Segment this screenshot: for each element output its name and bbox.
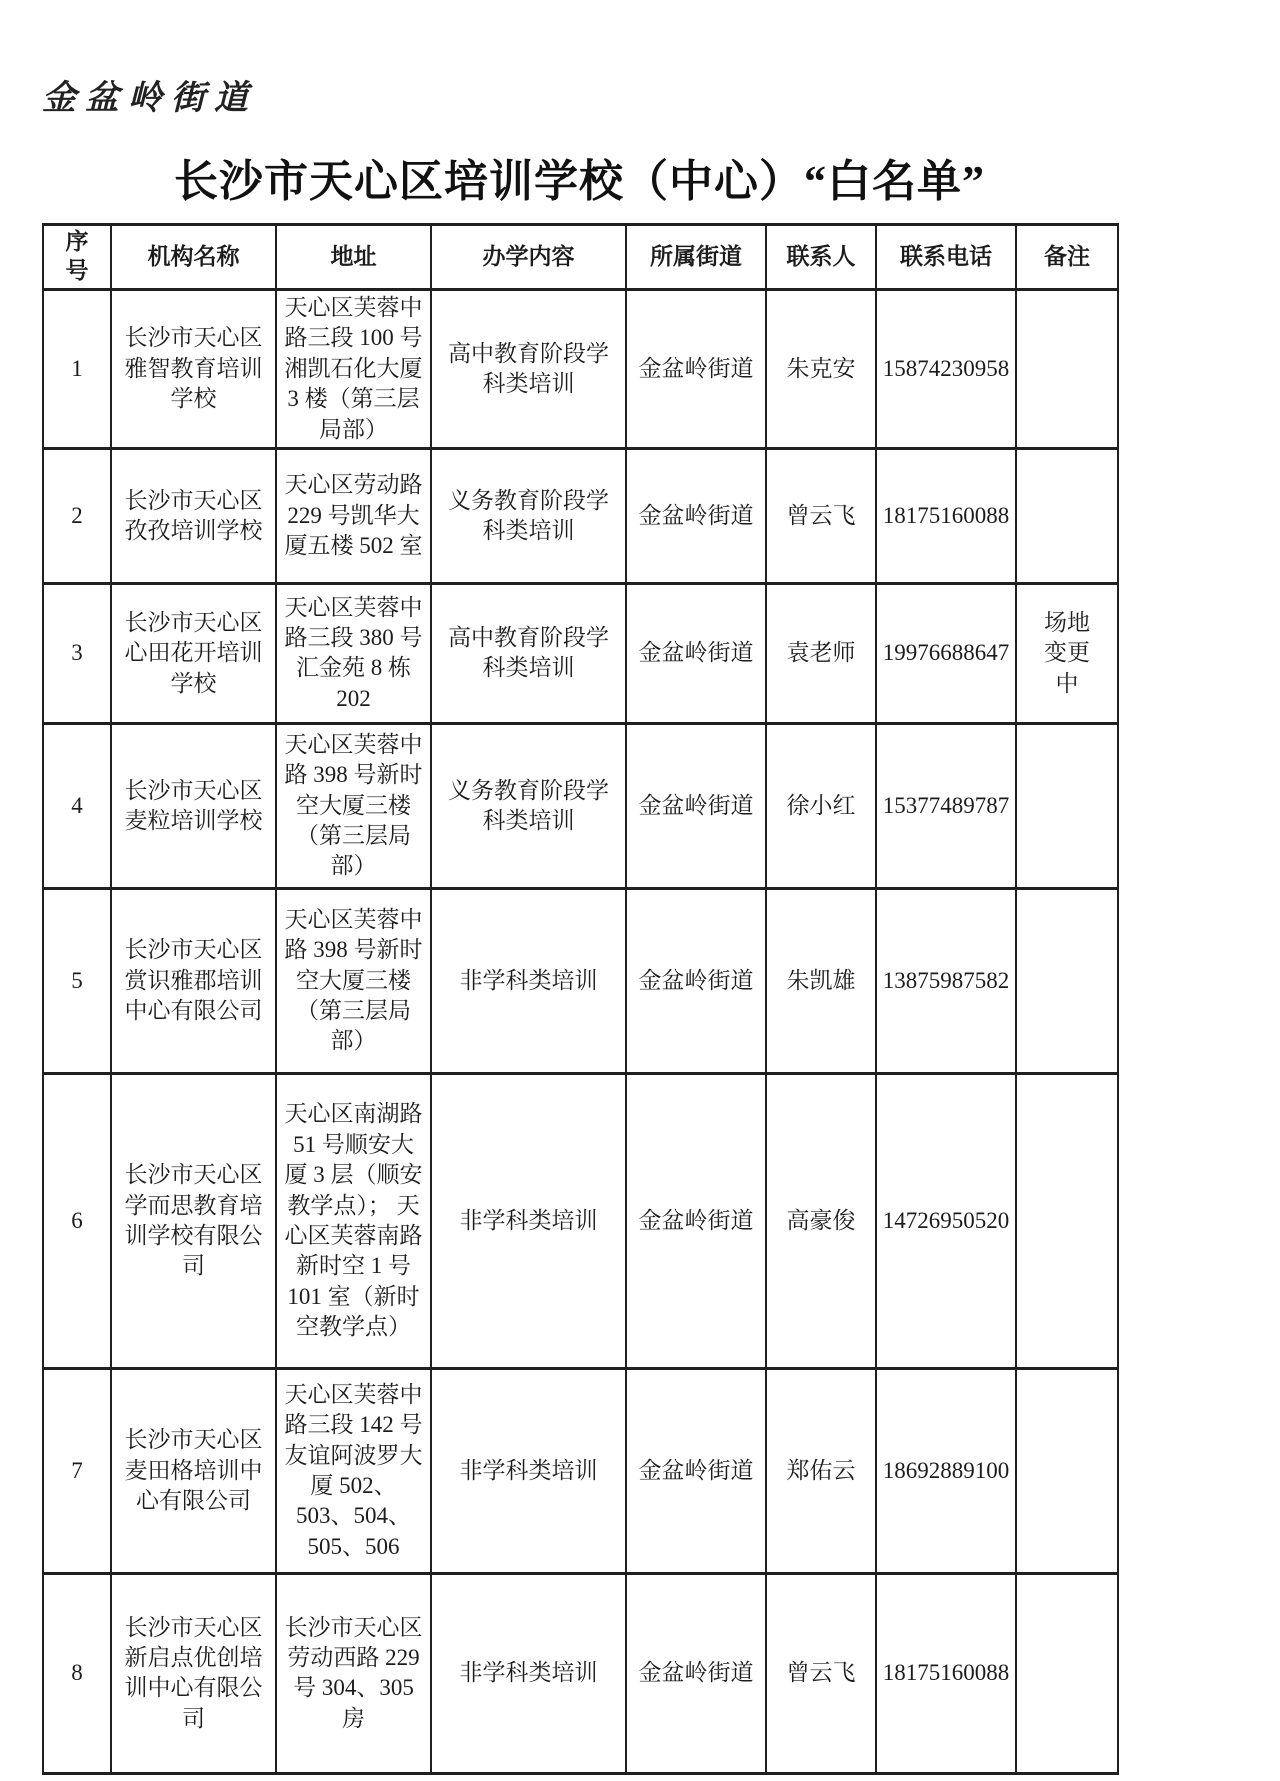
cell-remark (1016, 448, 1118, 583)
table-row: 3 长沙市天心区心田花开培训学校 天心区芙蓉中路三段 380 号汇金苑 8 栋 … (43, 583, 1118, 723)
cell-phone: 18175160088 (876, 448, 1016, 583)
cell-no: 3 (43, 583, 111, 723)
cell-name: 长沙市天心区赏识雅郡培训中心有限公司 (111, 888, 276, 1073)
cell-name: 长沙市天心区雅智教育培训学校 (111, 290, 276, 449)
handwritten-annotation: 金盆岭街道 (42, 0, 1280, 119)
cell-remark (1016, 1368, 1118, 1573)
table-row: 4 长沙市天心区麦粒培训学校 天心区芙蓉中路 398 号新时空大厦三楼（第三层局… (43, 723, 1118, 888)
cell-remark (1016, 723, 1118, 888)
cell-content: 非学科类培训 (431, 1073, 626, 1368)
cell-content: 义务教育阶段学科类培训 (431, 448, 626, 583)
cell-content: 高中教育阶段学科类培训 (431, 583, 626, 723)
cell-content: 非学科类培训 (431, 888, 626, 1073)
cell-name: 长沙市天心区麦粒培训学校 (111, 723, 276, 888)
cell-no: 2 (43, 448, 111, 583)
header-phone: 联系电话 (876, 225, 1016, 290)
cell-no: 1 (43, 290, 111, 449)
table-row: 7 长沙市天心区麦田格培训中心有限公司 天心区芙蓉中路三段 142 号友谊阿波罗… (43, 1368, 1118, 1573)
cell-contact: 徐小红 (766, 723, 876, 888)
cell-phone: 19976688647 (876, 583, 1016, 723)
table-row: 2 长沙市天心区孜孜培训学校 天心区劳动路 229 号凯华大厦五楼 502 室 … (43, 448, 1118, 583)
cell-phone: 18175160088 (876, 1573, 1016, 1773)
cell-contact: 郑佑云 (766, 1368, 876, 1573)
cell-phone: 14726950520 (876, 1073, 1016, 1368)
cell-address: 天心区芙蓉中路三段 100 号湘凯石化大厦 3 楼（第三层局部） (276, 290, 431, 449)
cell-address: 天心区芙蓉中路三段 142 号友谊阿波罗大厦 502、503、504、505、5… (276, 1368, 431, 1573)
cell-phone: 15874230958 (876, 290, 1016, 449)
cell-address: 天心区芙蓉中路 398 号新时空大厦三楼（第三层局部） (276, 723, 431, 888)
cell-contact: 曾云飞 (766, 448, 876, 583)
cell-address: 天心区劳动路 229 号凯华大厦五楼 502 室 (276, 448, 431, 583)
cell-name: 长沙市天心区麦田格培训中心有限公司 (111, 1368, 276, 1573)
document-page: 金盆岭街道 长沙市天心区培训学校（中心）“白名单” 序号 机构名称 地址 办学内… (0, 0, 1280, 1781)
cell-address: 天心区芙蓉中路 398 号新时空大厦三楼（第三层局部） (276, 888, 431, 1073)
header-address: 地址 (276, 225, 431, 290)
cell-street: 金盆岭街道 (626, 290, 766, 449)
cell-remark (1016, 290, 1118, 449)
table-row: 1 长沙市天心区雅智教育培训学校 天心区芙蓉中路三段 100 号湘凯石化大厦 3… (43, 290, 1118, 449)
cell-contact: 朱克安 (766, 290, 876, 449)
cell-content: 高中教育阶段学科类培训 (431, 290, 626, 449)
table-row: 8 长沙市天心区新启点优创培训中心有限公司 长沙市天心区劳动西路 229 号 3… (43, 1573, 1118, 1773)
cell-contact: 曾云飞 (766, 1573, 876, 1773)
cell-remark (1016, 1073, 1118, 1368)
cell-name: 长沙市天心区学而思教育培训学校有限公司 (111, 1073, 276, 1368)
cell-no: 5 (43, 888, 111, 1073)
header-street: 所属街道 (626, 225, 766, 290)
cell-remark-text: 场地变更中 (1041, 608, 1094, 699)
cell-name: 长沙市天心区新启点优创培训中心有限公司 (111, 1573, 276, 1773)
cell-street: 金盆岭街道 (626, 723, 766, 888)
cell-no: 4 (43, 723, 111, 888)
whitelist-table: 序号 机构名称 地址 办学内容 所属街道 联系人 联系电话 备注 1 长沙市天心… (42, 223, 1119, 1775)
cell-name: 长沙市天心区孜孜培训学校 (111, 448, 276, 583)
table-header-row: 序号 机构名称 地址 办学内容 所属街道 联系人 联系电话 备注 (43, 225, 1118, 290)
cell-remark (1016, 888, 1118, 1073)
cell-address: 长沙市天心区劳动西路 229 号 304、305 房 (276, 1573, 431, 1773)
header-name: 机构名称 (111, 225, 276, 290)
cell-street: 金盆岭街道 (626, 1368, 766, 1573)
header-remark: 备注 (1016, 225, 1118, 290)
cell-name: 长沙市天心区心田花开培训学校 (111, 583, 276, 723)
cell-content: 义务教育阶段学科类培训 (431, 723, 626, 888)
cell-phone: 18692889100 (876, 1368, 1016, 1573)
cell-contact: 高豪俊 (766, 1073, 876, 1368)
cell-content: 非学科类培训 (431, 1573, 626, 1773)
header-no-label: 序号 (65, 228, 89, 286)
cell-contact: 朱凯雄 (766, 888, 876, 1073)
cell-no: 7 (43, 1368, 111, 1573)
cell-no: 6 (43, 1073, 111, 1368)
header-content: 办学内容 (431, 225, 626, 290)
cell-remark: 场地变更中 (1016, 583, 1118, 723)
cell-street: 金盆岭街道 (626, 583, 766, 723)
cell-street: 金盆岭街道 (626, 1073, 766, 1368)
cell-street: 金盆岭街道 (626, 448, 766, 583)
cell-address: 天心区南湖路 51 号顺安大厦 3 层（顺安教学点）； 天心区芙蓉南路新时空 1… (276, 1073, 431, 1368)
header-contact: 联系人 (766, 225, 876, 290)
header-no: 序号 (43, 225, 111, 290)
page-title: 长沙市天心区培训学校（中心）“白名单” (42, 145, 1117, 209)
cell-remark (1016, 1573, 1118, 1773)
cell-phone: 13875987582 (876, 888, 1016, 1073)
cell-content: 非学科类培训 (431, 1368, 626, 1573)
cell-phone: 15377489787 (876, 723, 1016, 888)
table-row: 5 长沙市天心区赏识雅郡培训中心有限公司 天心区芙蓉中路 398 号新时空大厦三… (43, 888, 1118, 1073)
table-row: 6 长沙市天心区学而思教育培训学校有限公司 天心区南湖路 51 号顺安大厦 3 … (43, 1073, 1118, 1368)
cell-no: 8 (43, 1573, 111, 1773)
cell-street: 金盆岭街道 (626, 1573, 766, 1773)
cell-address: 天心区芙蓉中路三段 380 号汇金苑 8 栋 202 (276, 583, 431, 723)
cell-street: 金盆岭街道 (626, 888, 766, 1073)
cell-contact: 袁老师 (766, 583, 876, 723)
